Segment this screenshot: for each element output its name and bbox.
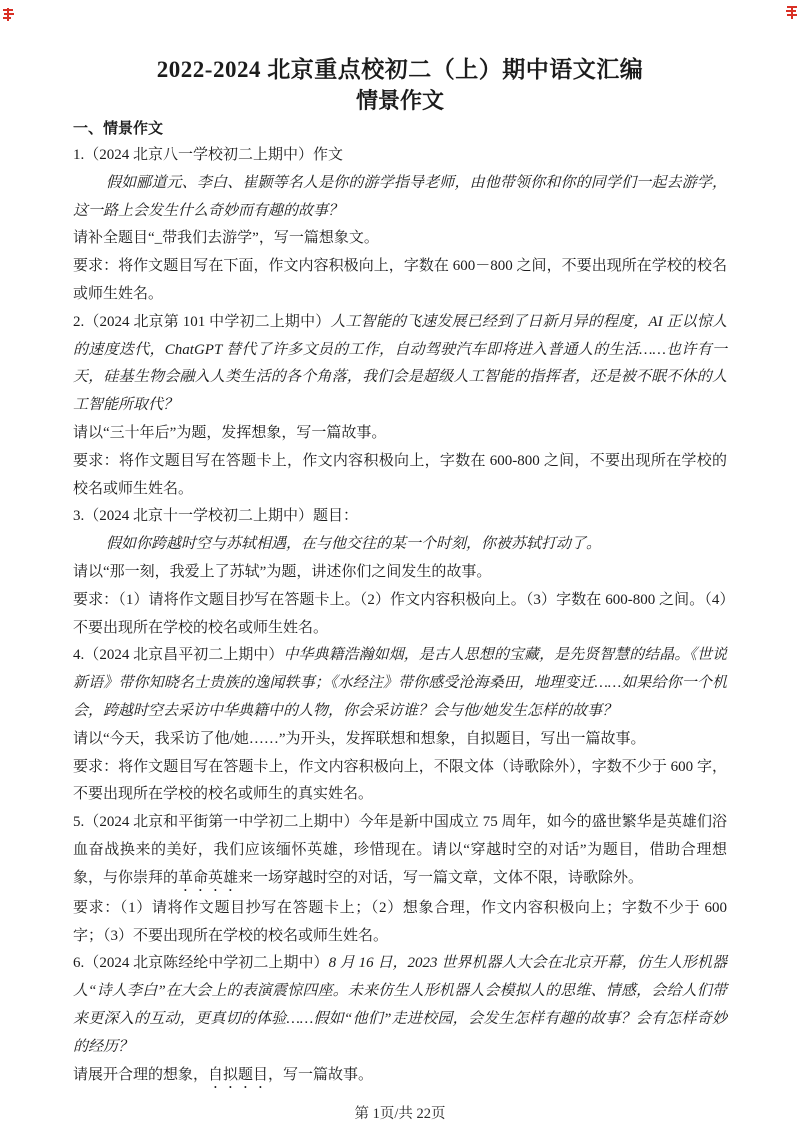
question-5: 5.（2024 北京和平街第一中学初二上期中）今年是新中国成立 75 周年，如今… (73, 809, 727, 950)
question-5-intro: 5.（2024 北京和平街第一中学初二上期中）今年是新中国成立 75 周年，如今… (73, 809, 727, 895)
question-2-source-tag: 2.（2024 北京第 101 中学初二上期中） (73, 314, 330, 330)
question-6-task: 请展开合理的想象，自拟题目，写一篇故事。 (73, 1062, 727, 1092)
question-3-heading: 3.（2024 北京十一学校初二上期中）题目： (73, 503, 727, 531)
document-body: 2022-2024 北京重点校初二（上）期中语文汇编 情景作文 一、情景作文 1… (0, 0, 800, 1092)
question-5-scenario-after: 来一场穿越时空的对话，写一篇文章，文体不限，诗歌除外。 (238, 870, 643, 886)
question-1-scenario: 假如郦道元、李白、崔颢等名人是你的游学指导老师，由他带领你和你的同学们一起去游学… (73, 170, 727, 226)
question-4-intro: 4.（2024 北京昌平初二上期中）中华典籍浩瀚如烟，是古人思想的宝藏，是先贤智… (73, 642, 727, 725)
question-4-source-tag: 4.（2024 北京昌平初二上期中） (73, 647, 283, 663)
document-title: 2022-2024 北京重点校初二（上）期中语文汇编 (73, 54, 727, 86)
question-6-intro: 6.（2024 北京陈经纶中学初二上期中）8 月 16 日，2023 世界机器人… (73, 950, 727, 1061)
question-3: 3.（2024 北京十一学校初二上期中）题目： 假如你跨越时空与苏轼相遇，在与他… (73, 503, 727, 642)
question-3-scenario: 假如你跨越时空与苏轼相遇，在与他交往的某一个时刻，你被苏轼打动了。 (73, 531, 727, 559)
question-1-requirements: 要求：将作文题目写在下面，作文内容积极向上，字数在 600－800 之间，不要出… (73, 253, 727, 309)
document-subtitle: 情景作文 (73, 86, 727, 116)
question-2-task: 请以“三十年后”为题，发挥想象，写一篇故事。 (73, 420, 727, 448)
question-2-requirements: 要求：将作文题目写在答题卡上，作文内容积极向上，字数在 600-800 之间，不… (73, 448, 727, 504)
question-4-task: 请以“今天，我采访了他/她……”为开头，发挥联想和想象，自拟题目，写出一篇故事。 (73, 726, 727, 754)
question-4-requirements: 要求：将作文题目写在答题卡上，作文内容积极向上，不限文体（诗歌除外），字数不少于… (73, 754, 727, 810)
corner-stamp-left-icon (2, 7, 15, 22)
section-heading: 一、情景作文 (73, 116, 727, 142)
question-6-source-tag: 6.（2024 北京陈经纶中学初二上期中） (73, 955, 329, 971)
question-3-task: 请以“那一刻，我爱上了苏轼”为题，讲述你们之间发生的故事。 (73, 559, 727, 587)
question-3-requirements: 要求：（1）请将作文题目抄写在答题卡上。（2）作文内容积极向上。（3）字数在 6… (73, 587, 727, 643)
question-5-source-tag: 5.（2024 北京和平街第一中学初二上期中） (73, 814, 359, 830)
question-1-task: 请补全题目“_带我们去游学”，写一篇想象文。 (73, 225, 727, 253)
question-2-intro: 2.（2024 北京第 101 中学初二上期中）人工智能的飞速发展已经到了日新月… (73, 309, 727, 420)
question-5-emphasized-phrase: 革命英雄 (178, 870, 238, 886)
question-1-heading: 1.（2024 北京八一学校初二上期中）作文 (73, 142, 727, 170)
question-5-requirements: 要求：（1）请将作文题目抄写在答题卡上；（2）想象合理，作文内容积极向上；字数不… (73, 895, 727, 951)
question-2: 2.（2024 北京第 101 中学初二上期中）人工智能的飞速发展已经到了日新月… (73, 309, 727, 504)
question-6-task-after: ，写一篇故事。 (268, 1067, 373, 1083)
question-6: 6.（2024 北京陈经纶中学初二上期中）8 月 16 日，2023 世界机器人… (73, 950, 727, 1091)
corner-stamp-right-icon (785, 5, 798, 20)
question-6-emphasized-phrase: 自拟题目 (208, 1067, 268, 1083)
question-6-task-before: 请展开合理的想象， (73, 1067, 208, 1083)
question-4: 4.（2024 北京昌平初二上期中）中华典籍浩瀚如烟，是古人思想的宝藏，是先贤智… (73, 642, 727, 809)
question-1: 1.（2024 北京八一学校初二上期中）作文 假如郦道元、李白、崔颢等名人是你的… (73, 142, 727, 309)
page-number-footer: 第 1页/共 22页 (0, 1102, 800, 1123)
document-page: 2022-2024 北京重点校初二（上）期中语文汇编 情景作文 一、情景作文 1… (0, 0, 800, 1131)
